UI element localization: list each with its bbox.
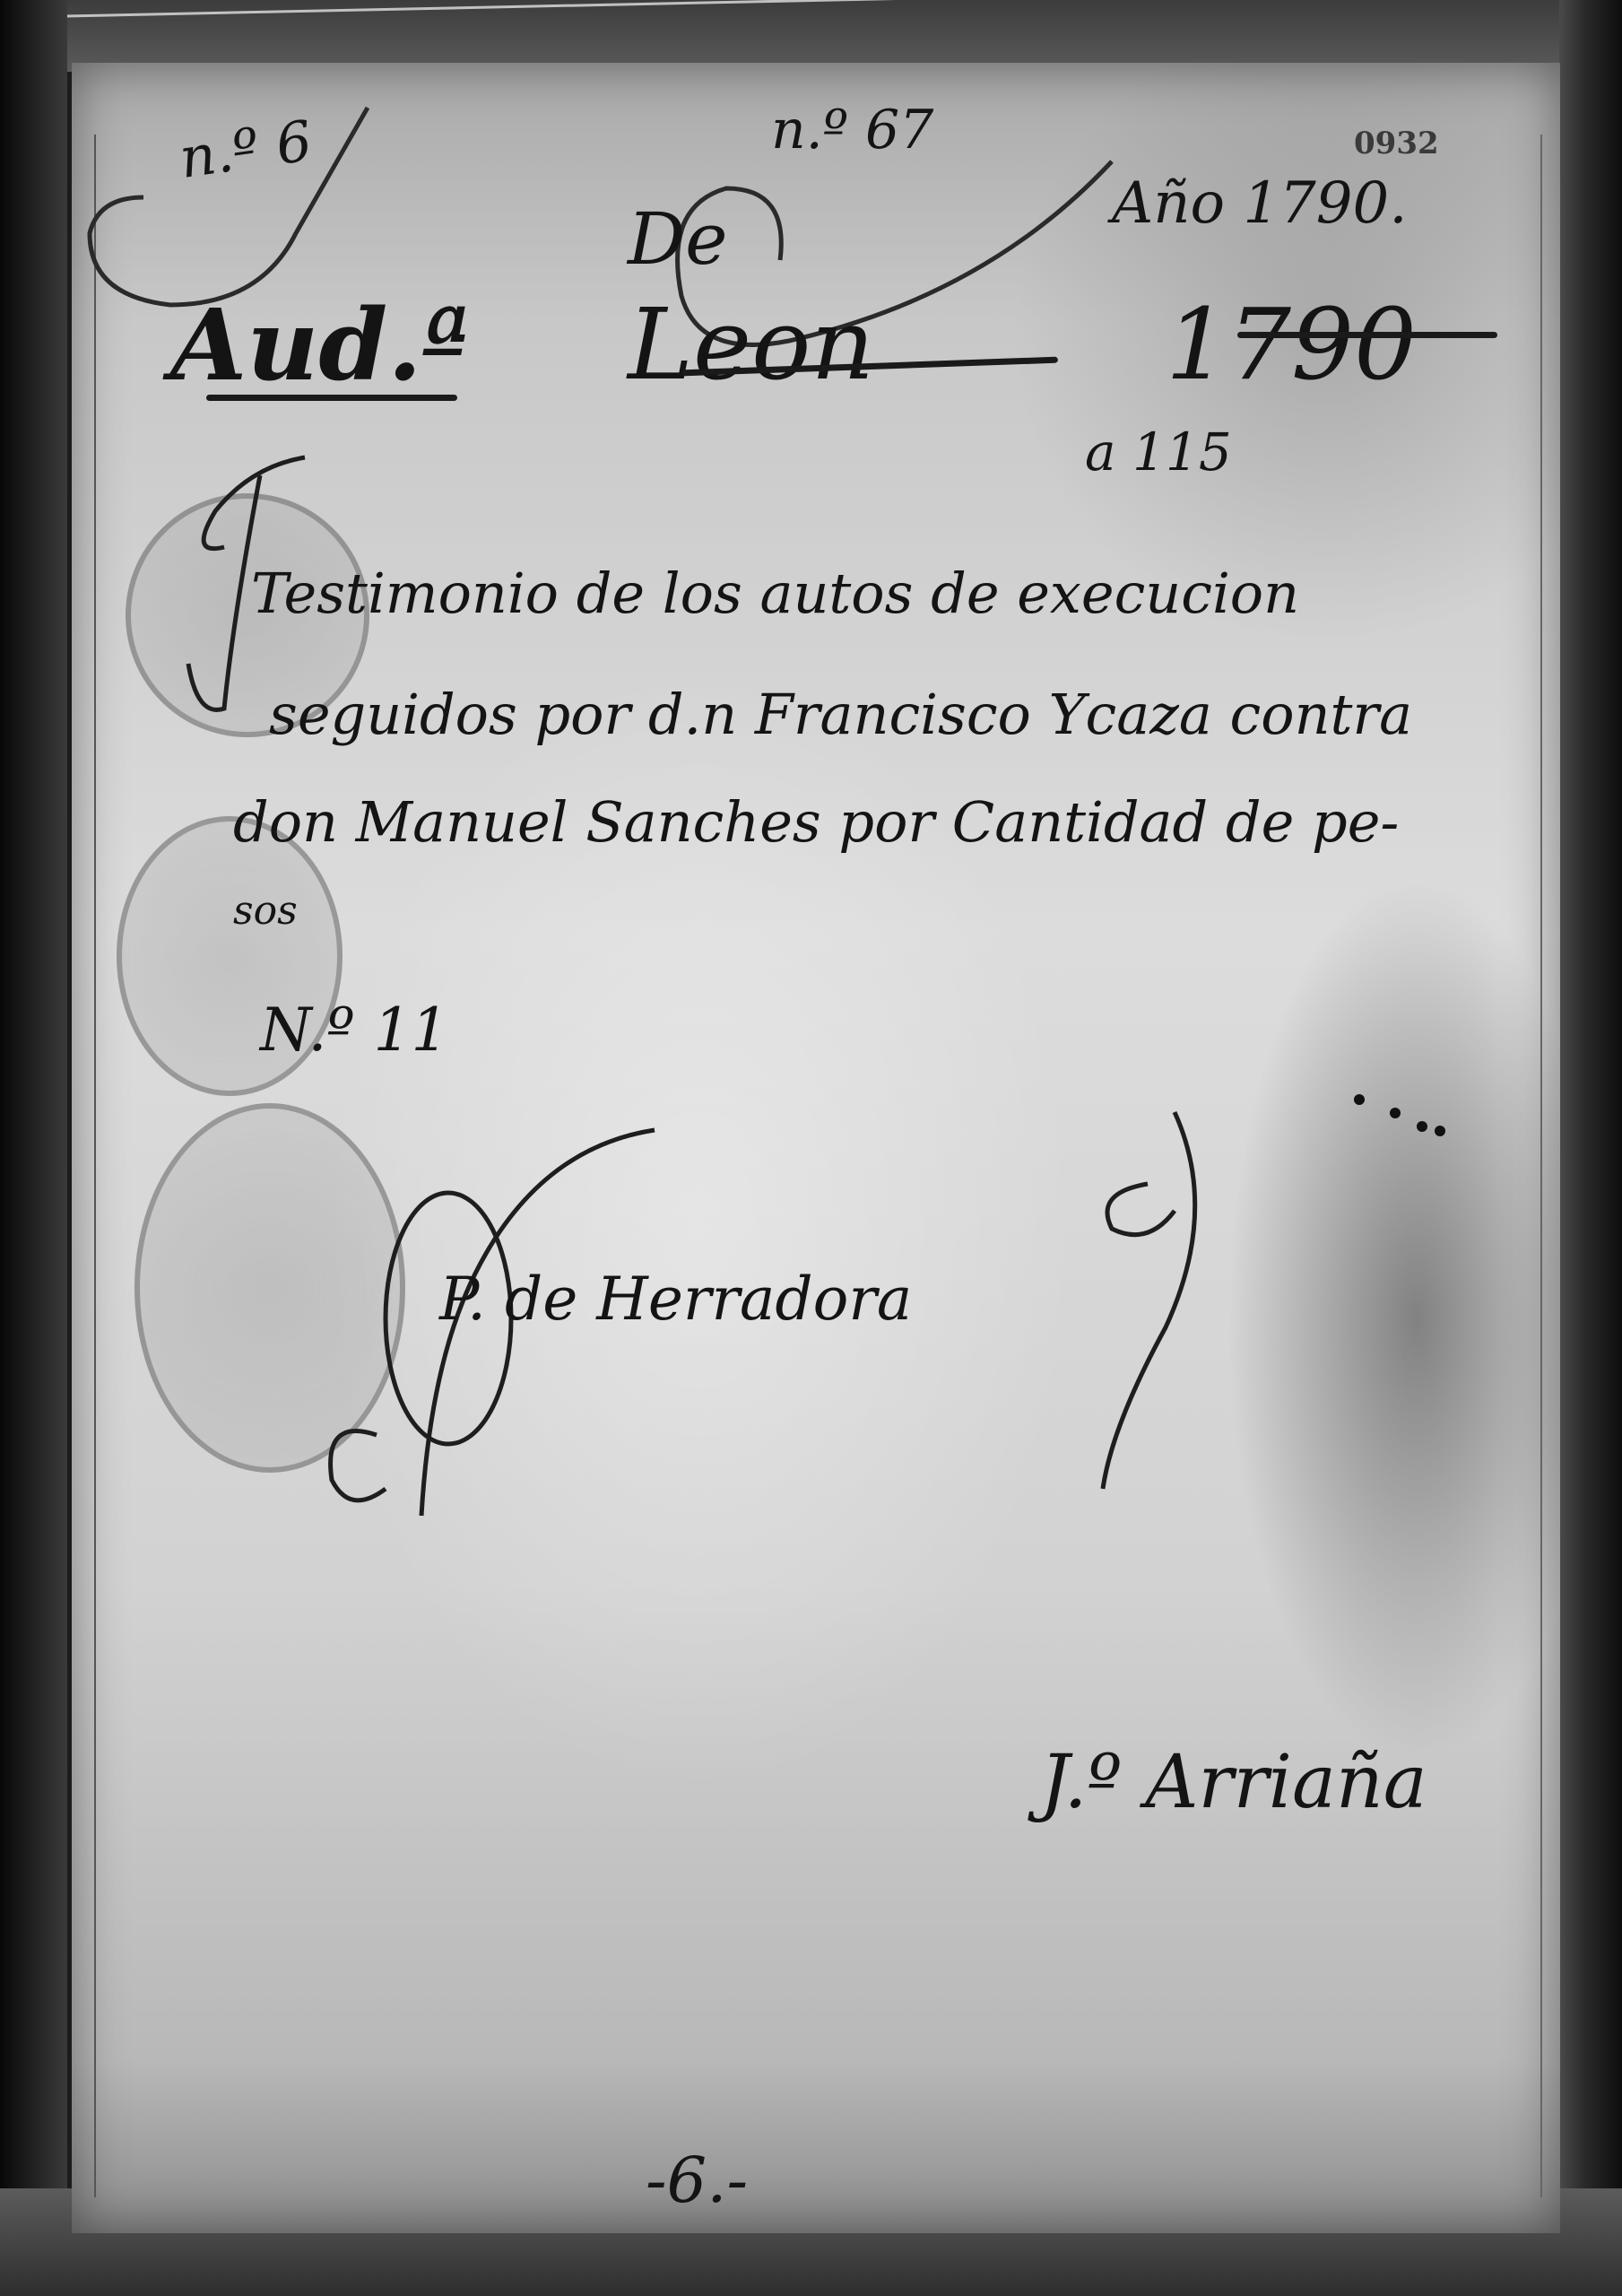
heading-de: De: [628, 197, 727, 281]
title-line-1: Testimonio de los autos de execucion: [251, 561, 1299, 626]
scan-frame-left: [0, 0, 67, 2296]
page-edge-right: [1540, 135, 1542, 2197]
signature: J.º Arriaña: [1040, 1740, 1427, 1825]
ink-dot: [1417, 1121, 1427, 1132]
archive-number-stamp: 0932: [1354, 126, 1439, 161]
title-line-4: sos: [233, 888, 298, 934]
folio-note: a 115: [1085, 422, 1232, 483]
ink-dot: [1354, 1094, 1365, 1105]
page-edge-left: [94, 135, 96, 2197]
page-number: -6.-: [646, 2144, 748, 2217]
item-number: N.º 11: [260, 996, 449, 1065]
heading-underline: [1237, 332, 1497, 338]
title-line-2: seguidos por d.n Francisco Ycaza contra: [269, 682, 1412, 747]
heading-audiencia: Aud.ª: [170, 287, 470, 403]
escribano-name: P. de Herradora: [439, 1265, 912, 1334]
manuscript-page: n.º 6 n.º 67 0932 Año 1790. Aud.ª De Leo…: [72, 63, 1560, 2233]
heading-place: Leon: [628, 287, 874, 402]
title-line-3: don Manuel Sanches por Cantidad de pe-: [233, 789, 1399, 855]
scan-frame-right: [1559, 0, 1622, 2296]
heading-year: 1790: [1166, 287, 1417, 402]
ink-dot: [1390, 1108, 1401, 1118]
heading-underline: [206, 395, 457, 401]
ink-dot: [1435, 1126, 1445, 1136]
